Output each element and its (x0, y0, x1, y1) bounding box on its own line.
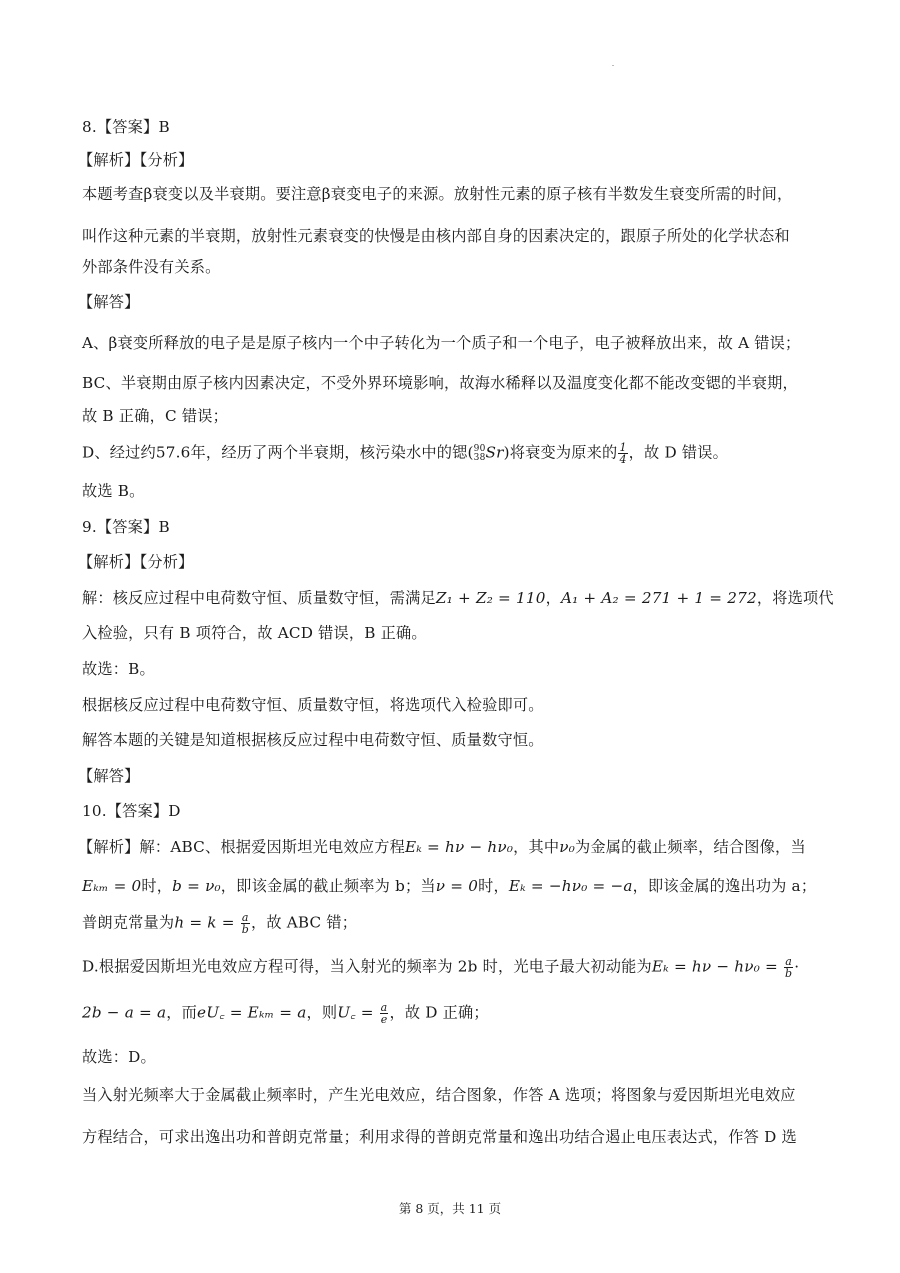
equation-photoelectric: Eₖ = hν − hν₀ (405, 838, 513, 856)
isotope-notation: 9038 (474, 445, 486, 463)
q10-line-5: 2b − a = a，而eU꜀ = Eₖₘ = a，则U꜀ = ae，故 D 正… (82, 1002, 489, 1025)
q9-note-1: 根据核反应过程中电荷数守恒、质量数守恒，将选项代入检验即可。 (82, 695, 544, 715)
q8-d-middle: )将衰变为原来的 (504, 444, 618, 462)
q8-analysis-line-2: 叫作这种元素的半衰期，放射性元素衰变的快慢是由核内部自身的因素决定的，跟原子所处… (82, 226, 790, 246)
q8-analysis-heading: 【解析】【分析】 (78, 150, 194, 170)
q8-analysis-line-1: 本题考查β衰变以及半衰期。要注意β衰变电子的来源。放射性元素的原子核有半数发生衰… (82, 184, 792, 204)
q8-analysis-line-3: 外部条件没有关系。 (82, 257, 221, 277)
q10-line-2: Eₖₘ = 0时，b = ν₀，即该金属的截止频率为 b；当ν = 0时，Eₖ … (82, 876, 816, 896)
q9-answer: 9.【答案】B (82, 517, 170, 537)
fraction-a-over-b: ab (784, 956, 793, 979)
q10-note-1: 当入射光频率大于金属截止频率时，产生光电效应，结合图象，作答 A 选项；将图象与… (82, 1085, 796, 1105)
q9-conclusion: 故选：B。 (82, 659, 155, 679)
q8-option-d: D、经过约57.6年，经历了两个半衰期，核污染水中的锶(9038Sr)将衰变为原… (82, 442, 728, 465)
isotope-symbol: Sr (486, 444, 504, 462)
q8-solution-line-2: BC、半衰期由原子核内因素决定，不受外界环境影响，故海水稀释以及温度变化都不能改… (82, 373, 798, 393)
scan-speck (612, 65, 614, 66)
q10-note-2: 方程结合，可求出逸出功和普朗克常量；利用求得的普朗克常量和逸出功结合遏止电压表达… (82, 1127, 797, 1147)
q8-d-suffix: ，故 D 错误。 (629, 444, 728, 462)
equation-charge: Z₁ + Z₂ = 110 (436, 589, 546, 607)
fraction-one-quarter: 14 (618, 442, 627, 465)
q8-solution-line-1: A、β衰变所释放的电子是是原子核内一个中子转化为一个质子和一个电子，电子被释放出… (82, 333, 800, 353)
q10-line-3: 普朗克常量为h = k = ab，故 ABC 错； (82, 912, 357, 935)
q8-solution-line-3: 故 B 正确，C 错误； (82, 406, 228, 426)
fraction-a-over-b: ab (241, 912, 250, 935)
q10-line-4: D.根据爱因斯坦光电效应方程可得，当入射光的频率为 2b 时，光电子最大初动能为… (82, 956, 799, 979)
equation-mass: A₁ + A₂ = 271 + 1 = 272 (561, 589, 757, 607)
q10-conclusion: 故选：D。 (82, 1047, 156, 1067)
q9-line-2: 入检验，只有 B 项符合，故 ACD 错误，B 正确。 (82, 623, 427, 643)
q8-answer: 8.【答案】B (82, 117, 170, 137)
fraction-a-over-e: ae (380, 1002, 389, 1025)
q9-analysis-heading: 【解析】【分析】 (78, 552, 194, 572)
q8-d-prefix: D、经过约57.6年，经历了两个半衰期，核污染水中的锶( (82, 444, 474, 462)
q8-solution-heading: 【解答】 (78, 292, 140, 312)
page-footer: 第 8 页，共 11 页 (0, 1199, 900, 1217)
q9-solution-heading: 【解答】 (78, 766, 140, 786)
q10-line-1: 【解析】解：ABC、根据爱因斯坦光电效应方程Eₖ = hν − hν₀，其中ν₀… (78, 837, 806, 857)
q9-line-1: 解：核反应过程中电荷数守恒、质量数守恒，需满足Z₁ + Z₂ = 110，A₁ … (82, 588, 834, 608)
q8-conclusion: 故选 B。 (82, 481, 145, 501)
q10-answer: 10.【答案】D (82, 801, 181, 821)
q9-note-2: 解答本题的关键是知道根据核反应过程中电荷数守恒、质量数守恒。 (82, 730, 544, 750)
